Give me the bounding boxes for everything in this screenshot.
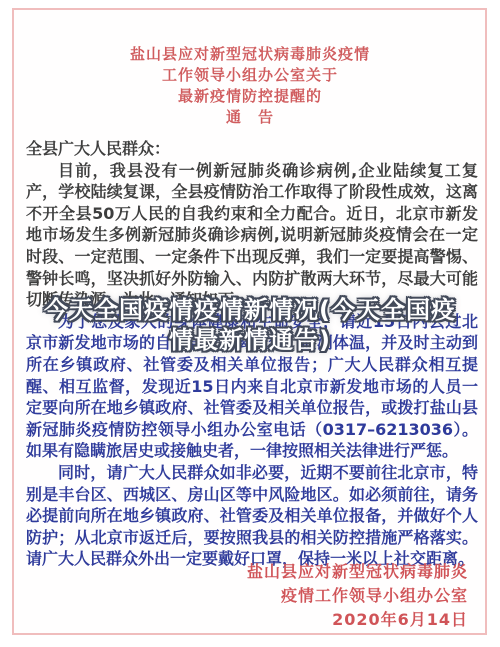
notice-image: 盐山县应对新型冠状病毒肺炎疫情 工作领导小组办公室关于 最新疫情防控提醒的 通 … <box>0 0 500 647</box>
overlay-caption-line-2: 情最新情通告) <box>0 325 500 355</box>
overlay-caption-line-1: 今天全国疫情疫情新情况(今天全国疫 <box>0 295 500 325</box>
paragraph-travel-advice: 同时，请广大人民群众如非必要，近期不要前往北京市，特别是丰台区、西城区、房山区等… <box>26 462 478 570</box>
salutation: 全县广大人民群众： <box>26 138 478 160</box>
overlay-caption: 今天全国疫情疫情新情况(今天全国疫 情最新情通告) <box>0 295 500 355</box>
signature-org-line-2: 疫情工作领导小组办公室 <box>247 584 468 608</box>
notice-title-line-1: 盐山县应对新型冠状病毒肺炎疫情 <box>0 44 500 65</box>
paragraph-current-situation: 目前，我县没有一例新冠肺炎确诊病例,企业陆续复工复产，学校陆续复课，全县疫情防治… <box>26 160 478 311</box>
notice-title-line-3: 最新疫情防控提醒的 <box>0 86 500 107</box>
notice-title-line-4: 通 告 <box>0 107 500 128</box>
signature: 盐山县应对新型冠状病毒肺炎 疫情工作领导小组办公室 2020年6月14日 <box>247 560 468 632</box>
notice-title-line-2: 工作领导小组办公室关于 <box>0 65 500 86</box>
signature-date: 2020年6月14日 <box>247 608 468 632</box>
signature-org-line-1: 盐山县应对新型冠状病毒肺炎 <box>247 560 468 584</box>
notice-title: 盐山县应对新型冠状病毒肺炎疫情 工作领导小组办公室关于 最新疫情防控提醒的 通 … <box>0 44 500 128</box>
